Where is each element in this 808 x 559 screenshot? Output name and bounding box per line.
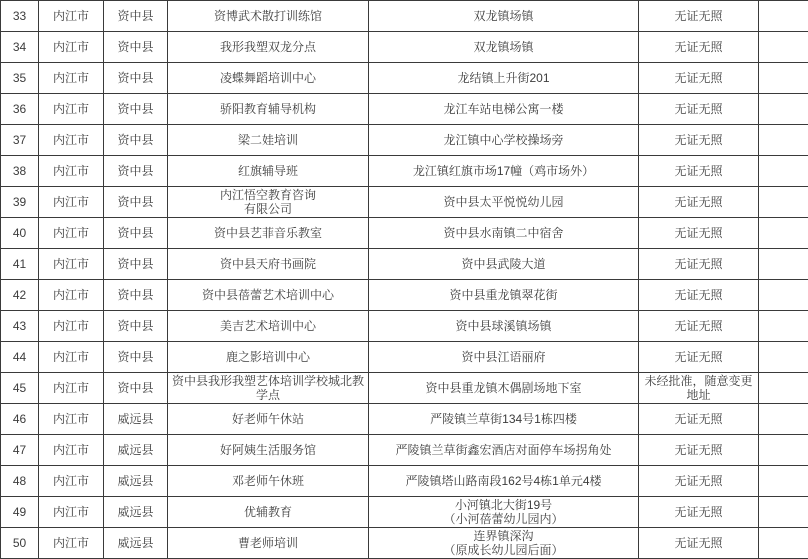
remark-cell xyxy=(759,249,808,280)
address-cell: 资中县水南镇二中宿舍 xyxy=(369,218,639,249)
status-cell: 无证无照 xyxy=(639,63,759,94)
status-cell: 无证无照 xyxy=(639,125,759,156)
row-number-cell: 38 xyxy=(1,156,39,187)
city-cell: 内江市 xyxy=(39,94,104,125)
status-cell: 无证无照 xyxy=(639,404,759,435)
table-row: 45 内江市 资中县 资中县我形我塑艺体培训学校城北教学点 资中县重龙镇木偶剧场… xyxy=(1,373,808,404)
table-row: 43 内江市 资中县 美吉艺术培训中心 资中县球溪镇场镇 无证无照 xyxy=(1,311,808,342)
remark-cell xyxy=(759,32,808,63)
table-row: 37 内江市 资中县 梁二娃培训 龙江镇中心学校操场旁 无证无照 xyxy=(1,125,808,156)
address-cell: 龙结镇上升街201 xyxy=(369,63,639,94)
status-cell: 无证无照 xyxy=(639,466,759,497)
county-cell: 资中县 xyxy=(104,125,168,156)
address-cell: 资中县江语丽府 xyxy=(369,342,639,373)
row-number-cell: 36 xyxy=(1,94,39,125)
county-cell: 威远县 xyxy=(104,435,168,466)
city-cell: 内江市 xyxy=(39,156,104,187)
county-cell: 资中县 xyxy=(104,311,168,342)
table-row: 44 内江市 资中县 鹿之影培训中心 资中县江语丽府 无证无照 xyxy=(1,342,808,373)
institution-name-cell: 好阿姨生活服务馆 xyxy=(168,435,369,466)
address-cell: 资中县重龙镇翠花街 xyxy=(369,280,639,311)
city-cell: 内江市 xyxy=(39,249,104,280)
status-cell: 无证无照 xyxy=(639,528,759,559)
city-cell: 内江市 xyxy=(39,528,104,559)
remark-cell xyxy=(759,528,808,559)
row-number-cell: 34 xyxy=(1,32,39,63)
status-cell: 无证无照 xyxy=(639,156,759,187)
remark-cell xyxy=(759,1,808,32)
status-cell: 无证无照 xyxy=(639,497,759,528)
city-cell: 内江市 xyxy=(39,187,104,218)
row-number-cell: 44 xyxy=(1,342,39,373)
remark-cell xyxy=(759,63,808,94)
table-row: 33 内江市 资中县 资博武术散打训练馆 双龙镇场镇 无证无照 xyxy=(1,1,808,32)
institution-name-cell: 邓老师午休班 xyxy=(168,466,369,497)
table-row: 36 内江市 资中县 骄阳教育辅导机构 龙江车站电梯公寓一楼 无证无照 xyxy=(1,94,808,125)
address-cell: 龙江镇红旗市场17幢（鸡市场外） xyxy=(369,156,639,187)
county-cell: 威远县 xyxy=(104,528,168,559)
county-cell: 资中县 xyxy=(104,187,168,218)
status-cell: 无证无照 xyxy=(639,32,759,63)
city-cell: 内江市 xyxy=(39,125,104,156)
address-cell: 资中县武陵大道 xyxy=(369,249,639,280)
table-row: 38 内江市 资中县 红旗辅导班 龙江镇红旗市场17幢（鸡市场外） 无证无照 xyxy=(1,156,808,187)
status-cell: 无证无照 xyxy=(639,187,759,218)
institution-name-cell: 内江悟空教育咨询 有限公司 xyxy=(168,187,369,218)
row-number-cell: 41 xyxy=(1,249,39,280)
status-cell: 无证无照 xyxy=(639,1,759,32)
address-cell: 资中县球溪镇场镇 xyxy=(369,311,639,342)
row-number-cell: 39 xyxy=(1,187,39,218)
county-cell: 威远县 xyxy=(104,404,168,435)
institution-name-cell: 凌蝶舞蹈培训中心 xyxy=(168,63,369,94)
table-row: 40 内江市 资中县 资中县艺菲音乐教室 资中县水南镇二中宿舍 无证无照 xyxy=(1,218,808,249)
table-row: 35 内江市 资中县 凌蝶舞蹈培训中心 龙结镇上升街201 无证无照 xyxy=(1,63,808,94)
remark-cell xyxy=(759,466,808,497)
city-cell: 内江市 xyxy=(39,32,104,63)
address-cell: 龙江镇中心学校操场旁 xyxy=(369,125,639,156)
institution-name-cell: 骄阳教育辅导机构 xyxy=(168,94,369,125)
city-cell: 内江市 xyxy=(39,342,104,373)
table-row: 49 内江市 威远县 优辅教育 小河镇北大街19号 （小河蓓蕾幼儿园内） 无证无… xyxy=(1,497,808,528)
document-page: 33 内江市 资中县 资博武术散打训练馆 双龙镇场镇 无证无照 34 内江市 资… xyxy=(0,0,808,559)
address-cell: 严陵镇塔山路南段162号4栋1单元4楼 xyxy=(369,466,639,497)
city-cell: 内江市 xyxy=(39,1,104,32)
institution-name-cell: 我形我塑双龙分点 xyxy=(168,32,369,63)
institution-name-cell: 好老师午休站 xyxy=(168,404,369,435)
institution-name-cell: 红旗辅导班 xyxy=(168,156,369,187)
city-cell: 内江市 xyxy=(39,280,104,311)
institution-name-cell: 梁二娃培训 xyxy=(168,125,369,156)
remark-cell xyxy=(759,404,808,435)
county-cell: 资中县 xyxy=(104,249,168,280)
county-cell: 资中县 xyxy=(104,342,168,373)
table-body: 33 内江市 资中县 资博武术散打训练馆 双龙镇场镇 无证无照 34 内江市 资… xyxy=(1,1,808,559)
remark-cell xyxy=(759,342,808,373)
status-cell: 无证无照 xyxy=(639,218,759,249)
city-cell: 内江市 xyxy=(39,63,104,94)
table-row: 50 内江市 威远县 曹老师培训 连界镇深沟 （原成长幼儿园后面） 无证无照 xyxy=(1,528,808,559)
county-cell: 资中县 xyxy=(104,218,168,249)
table-row: 39 内江市 资中县 内江悟空教育咨询 有限公司 资中县太平悦悦幼儿园 无证无照 xyxy=(1,187,808,218)
row-number-cell: 49 xyxy=(1,497,39,528)
county-cell: 资中县 xyxy=(104,156,168,187)
remark-cell xyxy=(759,373,808,404)
institution-name-cell: 资中县艺菲音乐教室 xyxy=(168,218,369,249)
city-cell: 内江市 xyxy=(39,373,104,404)
row-number-cell: 45 xyxy=(1,373,39,404)
row-number-cell: 35 xyxy=(1,63,39,94)
address-cell: 连界镇深沟 （原成长幼儿园后面） xyxy=(369,528,639,559)
row-number-cell: 33 xyxy=(1,1,39,32)
county-cell: 威远县 xyxy=(104,497,168,528)
remark-cell xyxy=(759,435,808,466)
unlicensed-institutions-table: 33 内江市 资中县 资博武术散打训练馆 双龙镇场镇 无证无照 34 内江市 资… xyxy=(0,0,808,559)
row-number-cell: 43 xyxy=(1,311,39,342)
institution-name-cell: 资博武术散打训练馆 xyxy=(168,1,369,32)
remark-cell xyxy=(759,187,808,218)
city-cell: 内江市 xyxy=(39,404,104,435)
address-cell: 双龙镇场镇 xyxy=(369,32,639,63)
city-cell: 内江市 xyxy=(39,497,104,528)
remark-cell xyxy=(759,497,808,528)
row-number-cell: 48 xyxy=(1,466,39,497)
row-number-cell: 42 xyxy=(1,280,39,311)
institution-name-cell: 资中县天府书画院 xyxy=(168,249,369,280)
table-row: 34 内江市 资中县 我形我塑双龙分点 双龙镇场镇 无证无照 xyxy=(1,32,808,63)
remark-cell xyxy=(759,94,808,125)
row-number-cell: 37 xyxy=(1,125,39,156)
city-cell: 内江市 xyxy=(39,466,104,497)
county-cell: 威远县 xyxy=(104,466,168,497)
table-row: 48 内江市 威远县 邓老师午休班 严陵镇塔山路南段162号4栋1单元4楼 无证… xyxy=(1,466,808,497)
remark-cell xyxy=(759,125,808,156)
city-cell: 内江市 xyxy=(39,218,104,249)
institution-name-cell: 优辅教育 xyxy=(168,497,369,528)
status-cell: 无证无照 xyxy=(639,280,759,311)
status-cell: 无证无照 xyxy=(639,249,759,280)
institution-name-cell: 资中县我形我塑艺体培训学校城北教学点 xyxy=(168,373,369,404)
county-cell: 资中县 xyxy=(104,1,168,32)
status-cell: 无证无照 xyxy=(639,311,759,342)
address-cell: 严陵镇兰草街134号1栋四楼 xyxy=(369,404,639,435)
row-number-cell: 50 xyxy=(1,528,39,559)
county-cell: 资中县 xyxy=(104,373,168,404)
county-cell: 资中县 xyxy=(104,280,168,311)
institution-name-cell: 曹老师培训 xyxy=(168,528,369,559)
institution-name-cell: 鹿之影培训中心 xyxy=(168,342,369,373)
address-cell: 资中县太平悦悦幼儿园 xyxy=(369,187,639,218)
table-row: 46 内江市 威远县 好老师午休站 严陵镇兰草街134号1栋四楼 无证无照 xyxy=(1,404,808,435)
status-cell: 未经批准，随意变更地址 xyxy=(639,373,759,404)
city-cell: 内江市 xyxy=(39,311,104,342)
remark-cell xyxy=(759,156,808,187)
table-row: 47 内江市 威远县 好阿姨生活服务馆 严陵镇兰草街鑫宏酒店对面停车场拐角处 无… xyxy=(1,435,808,466)
table-row: 41 内江市 资中县 资中县天府书画院 资中县武陵大道 无证无照 xyxy=(1,249,808,280)
status-cell: 无证无照 xyxy=(639,342,759,373)
county-cell: 资中县 xyxy=(104,63,168,94)
row-number-cell: 46 xyxy=(1,404,39,435)
remark-cell xyxy=(759,218,808,249)
status-cell: 无证无照 xyxy=(639,435,759,466)
row-number-cell: 47 xyxy=(1,435,39,466)
institution-name-cell: 资中县蓓蕾艺术培训中心 xyxy=(168,280,369,311)
address-cell: 小河镇北大街19号 （小河蓓蕾幼儿园内） xyxy=(369,497,639,528)
address-cell: 资中县重龙镇木偶剧场地下室 xyxy=(369,373,639,404)
county-cell: 资中县 xyxy=(104,32,168,63)
city-cell: 内江市 xyxy=(39,435,104,466)
address-cell: 双龙镇场镇 xyxy=(369,1,639,32)
address-cell: 严陵镇兰草街鑫宏酒店对面停车场拐角处 xyxy=(369,435,639,466)
remark-cell xyxy=(759,280,808,311)
county-cell: 资中县 xyxy=(104,94,168,125)
status-cell: 无证无照 xyxy=(639,94,759,125)
address-cell: 龙江车站电梯公寓一楼 xyxy=(369,94,639,125)
row-number-cell: 40 xyxy=(1,218,39,249)
institution-name-cell: 美吉艺术培训中心 xyxy=(168,311,369,342)
remark-cell xyxy=(759,311,808,342)
table-row: 42 内江市 资中县 资中县蓓蕾艺术培训中心 资中县重龙镇翠花街 无证无照 xyxy=(1,280,808,311)
